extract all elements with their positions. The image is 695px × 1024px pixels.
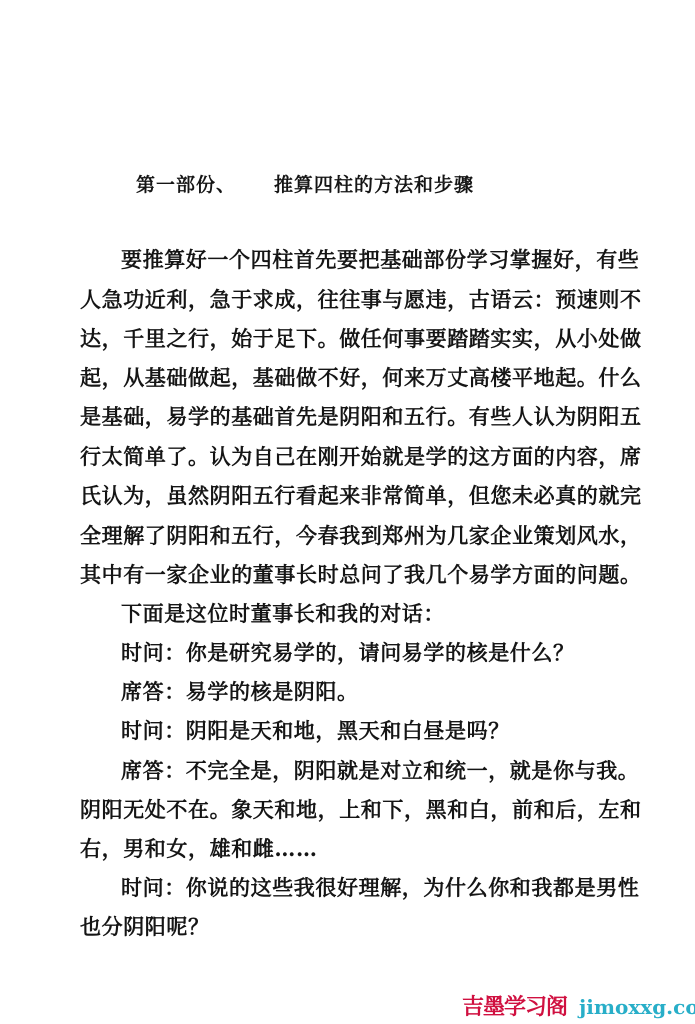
heading-part-label: 第一部份、 (136, 170, 236, 197)
text-line: 行太简单了。认为自己在刚开始就是学的这方面的内容，席 (80, 441, 642, 471)
dialogue-question: 时问：阴阳是天和地，黑天和白昼是吗？ (121, 715, 510, 745)
watermark-site-name: 吉墨学习阁 (462, 990, 567, 1021)
text-line: 起，从基础做起，基础做不好，何来万丈高楼平地起。什么 (80, 362, 642, 392)
section-heading: 第一部份、推算四柱的方法和步骤 (136, 170, 474, 197)
text-line: 阴阳无处不在。象天和地，上和下，黑和白，前和后，左和 (80, 794, 642, 824)
text-line: 也分阴阳呢？ (80, 911, 210, 941)
dialogue-intro: 下面是这位时董事长和我的对话： (121, 598, 445, 628)
text-line: 氏认为，虽然阴阳五行看起来非常简单，但您未必真的就完 (80, 480, 642, 510)
document-page: 第一部份、推算四柱的方法和步骤 要推算好一个四柱首先要把基础部份学习掌握好，有些… (0, 0, 695, 1024)
text-line: 人急功近利，急于求成，往往事与愿违，古语云：预速则不 (80, 284, 642, 314)
text-line: 右，男和女，雄和雌…… (80, 833, 318, 863)
dialogue-question: 时问：你是研究易学的，请问易学的核是什么？ (121, 637, 575, 667)
dialogue-question: 时问：你说的这些我很好理解，为什么你和我都是男性 (121, 872, 639, 902)
watermark-url: jimoxxg.com (579, 995, 695, 1019)
dialogue-answer: 席答：易学的核是阴阳。 (121, 676, 359, 706)
text-line: 其中有一家企业的董事长时总问了我几个易学方面的问题。 (80, 559, 642, 589)
text-line: 是基础，易学的基础首先是阴阳和五行。有些人认为阴阳五 (80, 401, 642, 431)
heading-title: 推算四柱的方法和步骤 (274, 174, 474, 196)
site-watermark: 吉墨学习阁 jimoxxg.com (462, 990, 695, 1021)
text-line: 全理解了阴阳和五行，今春我到郑州为几家企业策划风水， (80, 520, 642, 550)
text-line: 要推算好一个四柱首先要把基础部份学习掌握好，有些 (121, 244, 639, 274)
dialogue-answer: 席答：不完全是，阴阳就是对立和统一，就是你与我。 (121, 755, 639, 785)
text-line: 达，千里之行，始于足下。做任何事要踏踏实实，从小处做 (80, 323, 642, 353)
